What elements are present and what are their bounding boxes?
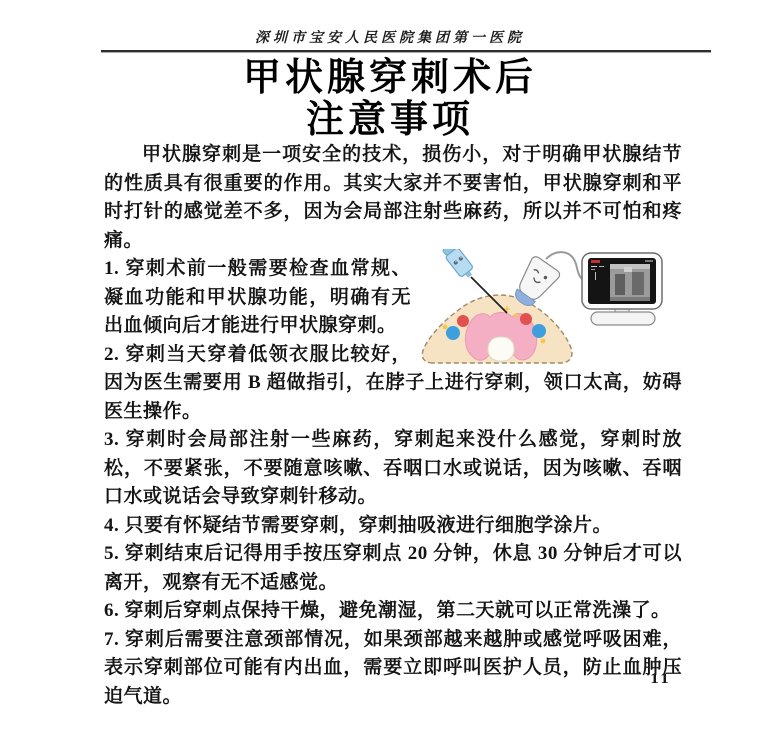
hospital-header: 深圳市宝安人民医院集团第一医院	[0, 27, 780, 47]
list-item: 4. 只要有怀疑结节需要穿刺，穿刺抽吸液进行细胞学涂片。	[104, 512, 682, 541]
screen-badge	[591, 260, 600, 263]
page-title: 甲状腺穿刺术后 注意事项	[0, 57, 780, 141]
page-title-line1: 甲状腺穿刺术后	[243, 57, 537, 99]
ultrasound-image	[610, 264, 650, 301]
trachea-icon	[488, 337, 514, 361]
vessel-blue-right-icon	[532, 324, 546, 338]
document-body: 甲状腺穿刺是一项安全的技术，损伤小，对于明确甲状腺结节的性质具有很重要的作用。其…	[104, 141, 682, 711]
procedure-figure	[419, 249, 682, 367]
vessel-red-left-icon	[457, 315, 469, 327]
syringe-icon	[441, 249, 476, 281]
page-number: 11	[650, 672, 670, 687]
neck-cross-section-icon	[422, 295, 572, 363]
list-item: 5. 穿刺结束后记得用手按压穿刺点 20 分钟，休息 30 分钟后才可以离开，观…	[104, 540, 682, 597]
intro-paragraph: 甲状腺穿刺是一项安全的技术，损伤小，对于明确甲状腺结节的性质具有很重要的作用。其…	[104, 141, 682, 255]
monitor-base	[591, 312, 655, 325]
document-page: 深圳市宝安人民医院集团第一医院 甲状腺穿刺术后 注意事项 甲状腺穿刺是一项安全的…	[0, 0, 780, 736]
vessel-blue-left-icon	[446, 326, 460, 340]
vessel-red-right-icon	[520, 313, 532, 325]
thyroid-puncture-diagram	[419, 249, 682, 367]
list-item: 6. 穿刺后穿刺点保持干燥，避免潮湿，第二天就可以正常洗澡了。	[104, 597, 682, 626]
ultrasound-monitor-icon	[582, 253, 662, 325]
list-item: 3. 穿刺时会局部注射一些麻药，穿刺起来没什么感觉，穿刺时放松，不要紧张，不要随…	[104, 426, 682, 512]
list-item: 7. 穿刺后需要注意颈部情况，如果颈部越来越肿或感觉呼吸困难，表示穿刺部位可能有…	[104, 626, 682, 712]
header-divider	[101, 50, 711, 52]
page-title-line2: 注意事项	[306, 99, 474, 141]
